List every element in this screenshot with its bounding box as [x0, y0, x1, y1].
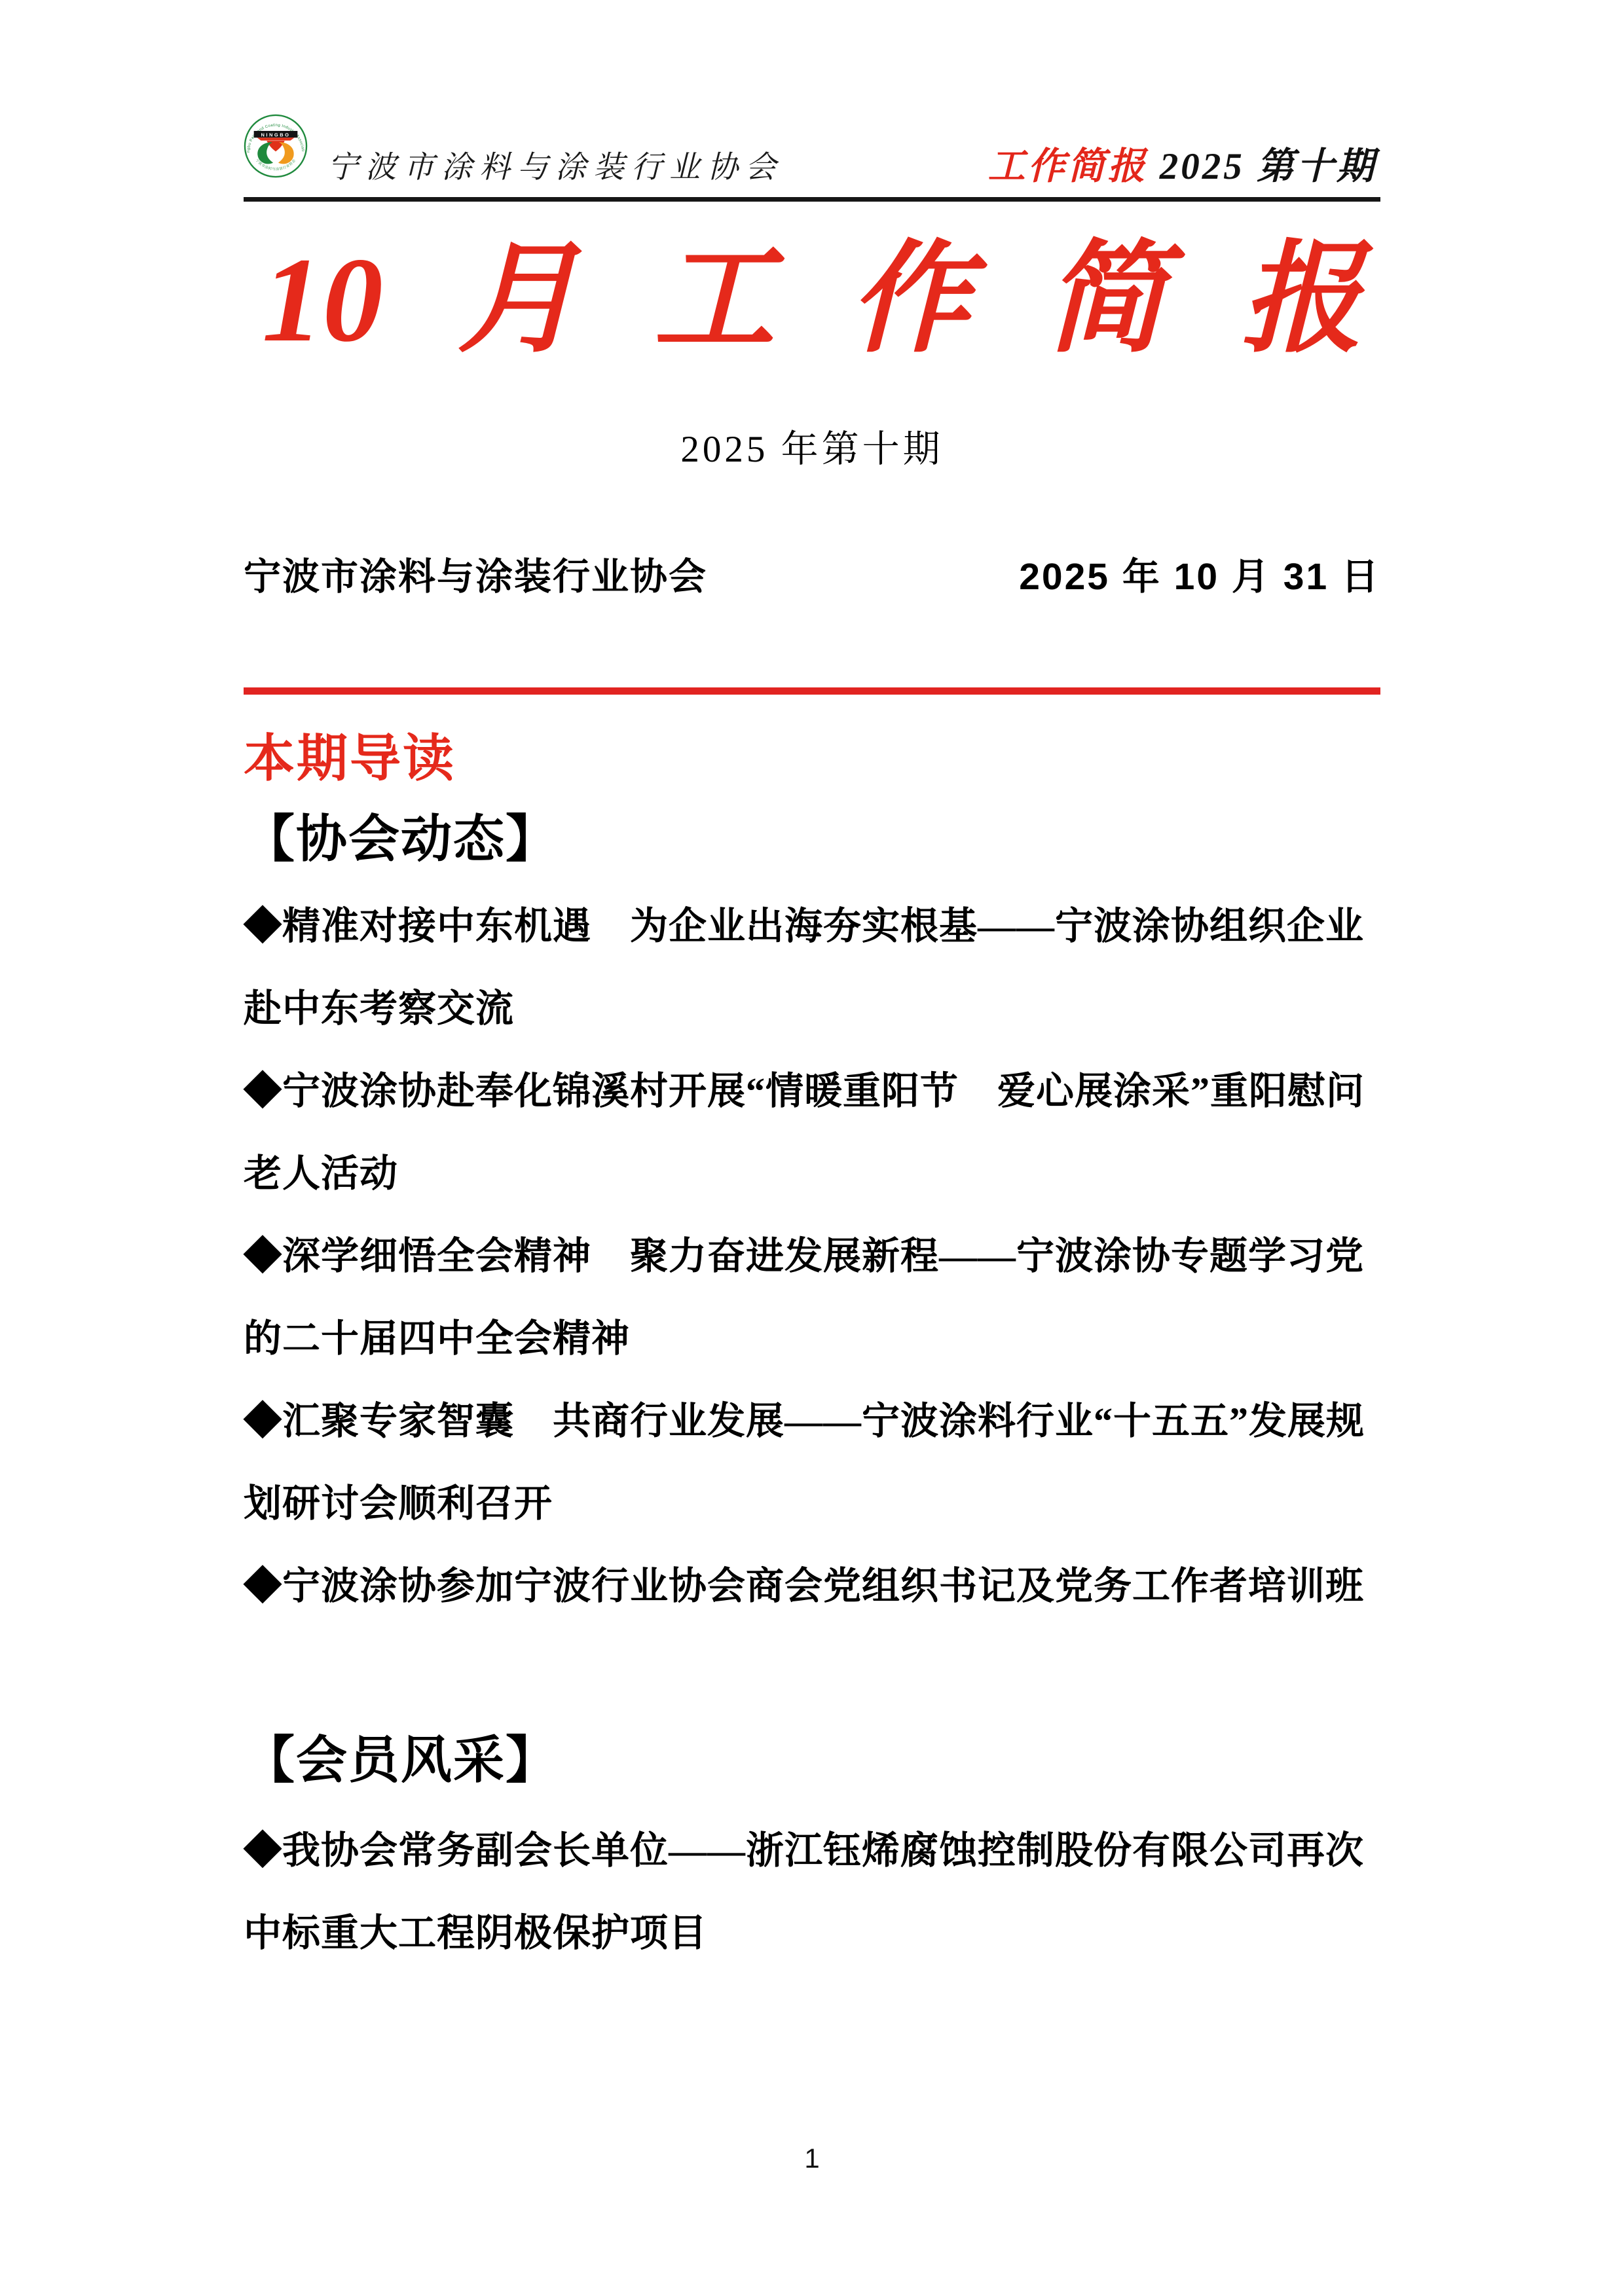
red-divider	[244, 687, 1380, 695]
page-number: 1	[0, 2145, 1624, 2172]
byline-date: 2025 年 10 月 31 日	[1019, 558, 1380, 596]
association-logo-icon: Ningbo Paint and Coating Industry Associ…	[244, 114, 308, 178]
main-title-char: 作	[849, 238, 970, 363]
byline-org: 宁波市涂料与涂装行业协会	[244, 558, 707, 596]
main-title: 10 月 工 作 简 报	[244, 238, 1380, 363]
main-title-char: 工	[654, 238, 775, 363]
toc-item-line: 中标重大工程阴极保护项目	[244, 1892, 1380, 1975]
main-title-char: 月	[458, 238, 579, 363]
section-header-member-highlights: 【会员风采】	[244, 1734, 1380, 1785]
byline: 宁波市涂料与涂装行业协会 2025 年 10 月 31 日	[244, 558, 1380, 596]
section-header-association-news: 【协会动态】	[244, 813, 1380, 864]
toc-item-line: ◆深学细悟全会精神 聚力奋进发展新程——宁波涂协专题学习党	[244, 1215, 1380, 1298]
toc-item-line: 的二十届四中全会精神	[244, 1298, 1380, 1380]
logo-banner-text: NINGBO	[261, 132, 290, 137]
masthead-title: 工作简报	[988, 146, 1148, 187]
masthead-issue: 2025 第十期	[1160, 146, 1376, 187]
bulletin-page: Ningbo Paint and Coating Industry Associ…	[0, 0, 1624, 2296]
main-title-char: 报	[1241, 238, 1362, 363]
toc-item-line: ◆宁波涂协参加宁波行业协会商会党组织书记及党务工作者培训班	[244, 1545, 1380, 1628]
toc-item-line: 老人活动	[244, 1133, 1380, 1215]
lead-title: 本期导读	[244, 733, 1380, 784]
toc-item-line: ◆汇聚专家智囊 共商行业发展——宁波涂料行业“十五五”发展规	[244, 1380, 1380, 1463]
logo-banner-stripe	[257, 137, 295, 140]
page-header: Ningbo Paint and Coating Industry Associ…	[244, 111, 1380, 202]
member-highlights-list: ◆我协会常务副会长单位——浙江钰烯腐蚀控制股份有限公司再次 中标重大工程阴极保护…	[244, 1810, 1380, 1975]
toc-item-line: ◆精准对接中东机遇 为企业出海夯实根基——宁波涂协组织企业	[244, 885, 1380, 968]
issue-line: 2025 年第十期	[244, 431, 1380, 469]
toc-item-line: 赴中东考察交流	[244, 968, 1380, 1050]
toc-item-line: ◆我协会常务副会长单位——浙江钰烯腐蚀控制股份有限公司再次	[244, 1810, 1380, 1892]
header-org-name: 宁波市涂料与涂装行业协会	[327, 143, 783, 187]
header-masthead: 工作简报 2025 第十期	[988, 136, 1377, 190]
toc-item-line: ◆宁波涂协赴奉化锦溪村开展“情暖重阳节 爱心展涂采”重阳慰问	[244, 1050, 1380, 1133]
association-news-list: ◆精准对接中东机遇 为企业出海夯实根基——宁波涂协组织企业 赴中东考察交流 ◆宁…	[244, 885, 1380, 1628]
main-title-char: 10	[262, 238, 383, 363]
main-title-char: 简	[1045, 238, 1166, 363]
toc-item-line: 划研讨会顺利召开	[244, 1463, 1380, 1545]
